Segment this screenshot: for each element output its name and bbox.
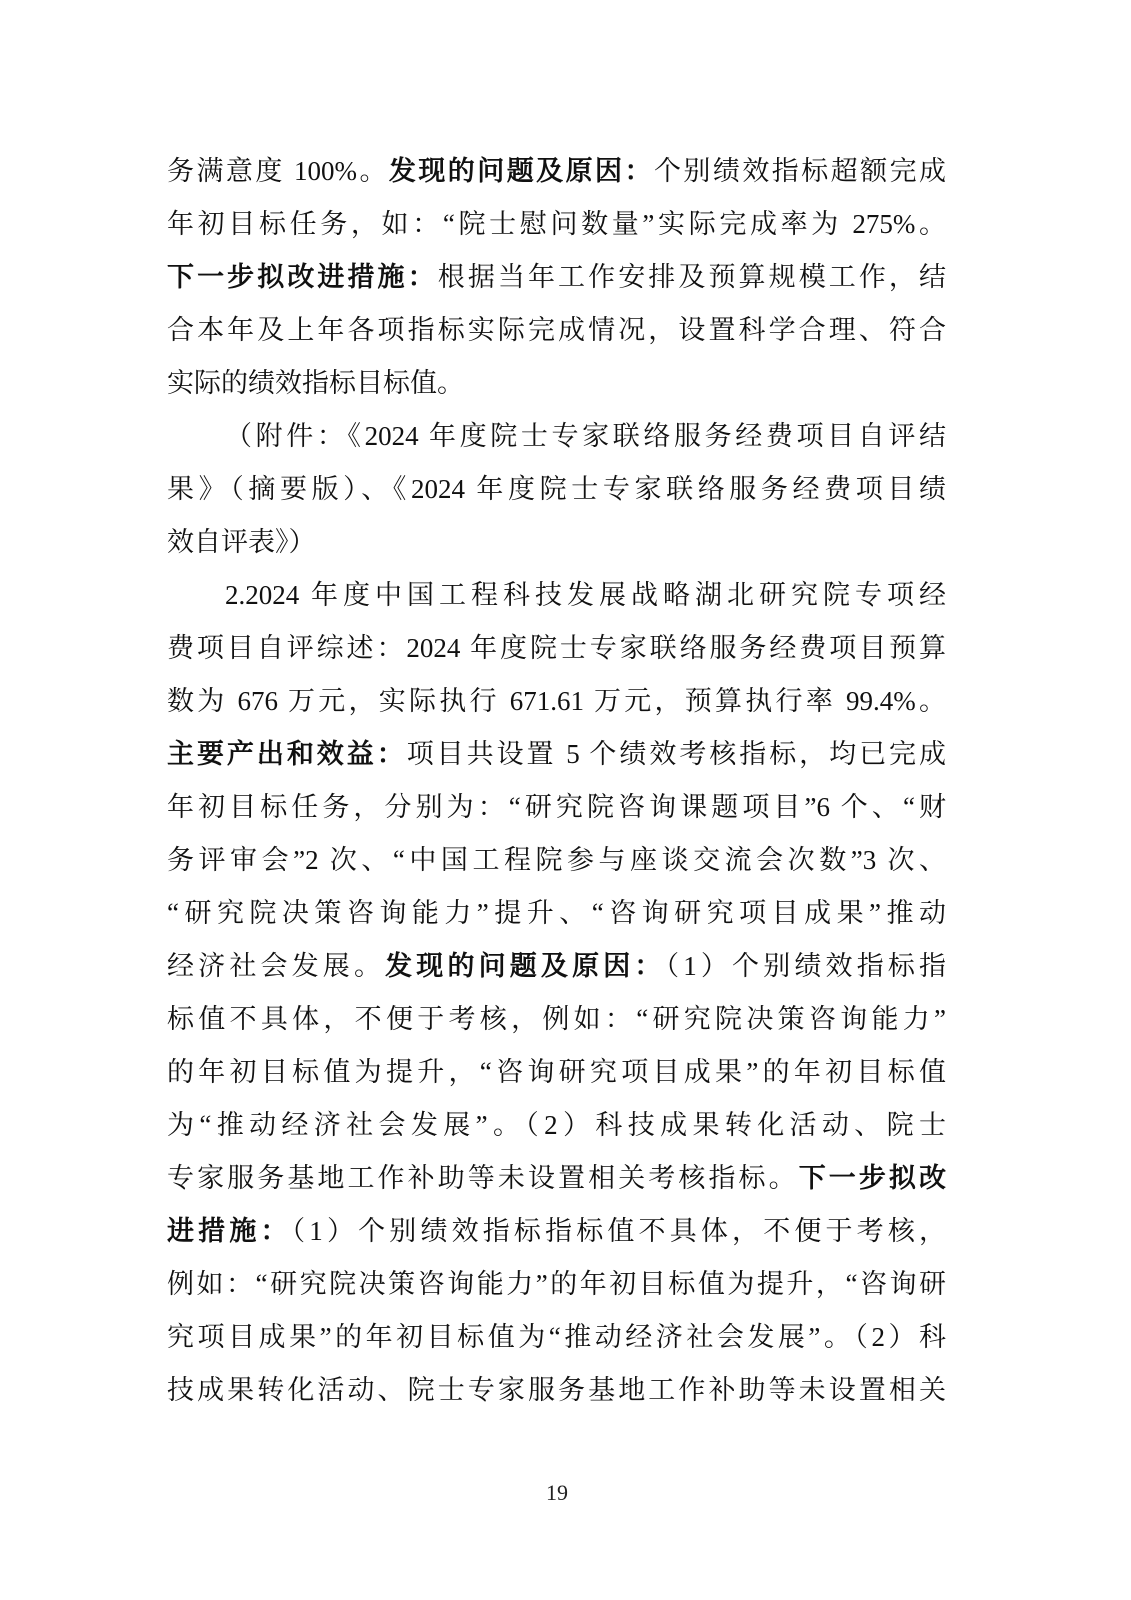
body-text: 年初目标任务，如：“院士慰问数量”实际完成率为 275%。 (167, 209, 946, 239)
text-line: 效自评表》） (167, 516, 946, 569)
text-line: 究项目成果”的年初目标值为“推动经济社会发展”。（2）科 (167, 1311, 946, 1364)
emphasis-text: 下一步拟改 (799, 1163, 946, 1193)
text-block: 务满意度 100%。发现的问题及原因：个别绩效指标超额完成年初目标任务，如：“院… (167, 145, 946, 1417)
emphasis-text: 发现的问题及原因： (389, 156, 654, 186)
body-text: 项目共设置 5 个绩效考核指标，均已完成 (407, 739, 946, 769)
text-line: 主要产出和效益：项目共设置 5 个绩效考核指标，均已完成 (167, 728, 946, 781)
body-text: “研究院决策咨询能力”提升、“咨询研究项目成果”推动 (167, 898, 946, 928)
body-text: （1）个别绩效指标指 (666, 951, 946, 981)
text-line: 的年初目标值为提升，“咨询研究项目成果”的年初目标值 (167, 1046, 946, 1099)
text-line: （附件：《2024 年度院士专家联络服务经费项目自评结 (167, 410, 946, 463)
body-text: 的年初目标值为提升，“咨询研究项目成果”的年初目标值 (167, 1057, 946, 1087)
text-line: 合本年及上年各项指标实际完成情况，设置科学合理、符合 (167, 304, 946, 357)
body-text: （附件：《2024 年度院士专家联络服务经费项目自评结 (225, 421, 946, 451)
body-text: 专家服务基地工作补助等未设置相关考核指标。 (167, 1163, 799, 1193)
text-line: 例如：“研究院决策咨询能力”的年初目标值为提升，“咨询研 (167, 1258, 946, 1311)
body-text: 果》（摘要版）、《2024 年度院士专家联络服务经费项目绩 (167, 474, 946, 504)
text-line: 为“推动经济社会发展”。（2）科技成果转化活动、院士 (167, 1099, 946, 1152)
text-line: 专家服务基地工作补助等未设置相关考核指标。下一步拟改 (167, 1152, 946, 1205)
body-text: 为“推动经济社会发展”。（2）科技成果转化活动、院士 (167, 1110, 946, 1140)
text-line: 年初目标任务，如：“院士慰问数量”实际完成率为 275%。 (167, 198, 946, 251)
emphasis-text: 进措施： (167, 1216, 292, 1246)
text-line: 2.2024 年度中国工程科技发展战略湖北研究院专项经 (167, 569, 946, 622)
text-line: 技成果转化活动、院士专家服务基地工作补助等未设置相关 (167, 1364, 946, 1417)
body-text: 实际的绩效指标目标值。 (167, 368, 464, 398)
text-line: 实际的绩效指标目标值。 (167, 357, 946, 410)
body-text: 例如：“研究院决策咨询能力”的年初目标值为提升，“咨询研 (167, 1269, 946, 1299)
text-line: 年初目标任务，分别为：“研究院咨询课题项目”6 个、“财 (167, 781, 946, 834)
text-line: 经济社会发展。发现的问题及原因：（1）个别绩效指标指 (167, 940, 946, 993)
body-text: 经济社会发展。 (167, 951, 385, 981)
emphasis-text: 发现的问题及原因： (385, 951, 665, 981)
emphasis-text: 下一步拟改进措施： (167, 262, 438, 292)
body-text: 根据当年工作安排及预算规模工作，结 (438, 262, 946, 292)
body-text: 年初目标任务，分别为：“研究院咨询课题项目”6 个、“财 (167, 792, 946, 822)
body-text: 效自评表》） (167, 527, 316, 557)
body-text: 究项目成果”的年初目标值为“推动经济社会发展”。（2）科 (167, 1322, 946, 1352)
text-line: 务评审会”2 次、“中国工程院参与座谈交流会次数”3 次、 (167, 834, 946, 887)
text-line: 进措施：（1）个别绩效指标指标值不具体，不便于考核， (167, 1205, 946, 1258)
page-number: 19 (0, 1478, 1114, 1508)
body-text: 务满意度 100%。 (167, 156, 389, 186)
text-line: 果》（摘要版）、《2024 年度院士专家联络服务经费项目绩 (167, 463, 946, 516)
text-line: 数为 676 万元，实际执行 671.61 万元，预算执行率 99.4%。 (167, 675, 946, 728)
text-line: 标值不具体，不便于考核，例如：“研究院决策咨询能力” (167, 993, 946, 1046)
text-line: “研究院决策咨询能力”提升、“咨询研究项目成果”推动 (167, 887, 946, 940)
text-line: 下一步拟改进措施：根据当年工作安排及预算规模工作，结 (167, 251, 946, 304)
body-text: 费项目自评综述：2024 年度院士专家联络服务经费项目预算 (167, 633, 946, 663)
document-page: 务满意度 100%。发现的问题及原因：个别绩效指标超额完成年初目标任务，如：“院… (0, 0, 1131, 1600)
text-line: 务满意度 100%。发现的问题及原因：个别绩效指标超额完成 (167, 145, 946, 198)
body-text: 技成果转化活动、院士专家服务基地工作补助等未设置相关 (167, 1375, 946, 1405)
body-text: 2.2024 年度中国工程科技发展战略湖北研究院专项经 (225, 580, 946, 610)
emphasis-text: 主要产出和效益： (167, 739, 407, 769)
body-text: 标值不具体，不便于考核，例如：“研究院决策咨询能力” (167, 1004, 946, 1034)
body-text: （1）个别绩效指标指标值不具体，不便于考核， (292, 1216, 946, 1246)
body-text: 务评审会”2 次、“中国工程院参与座谈交流会次数”3 次、 (167, 845, 946, 875)
body-text: 个别绩效指标超额完成 (654, 156, 946, 186)
body-text: 合本年及上年各项指标实际完成情况，设置科学合理、符合 (167, 315, 946, 345)
text-line: 费项目自评综述：2024 年度院士专家联络服务经费项目预算 (167, 622, 946, 675)
body-text: 数为 676 万元，实际执行 671.61 万元，预算执行率 99.4%。 (167, 686, 946, 716)
